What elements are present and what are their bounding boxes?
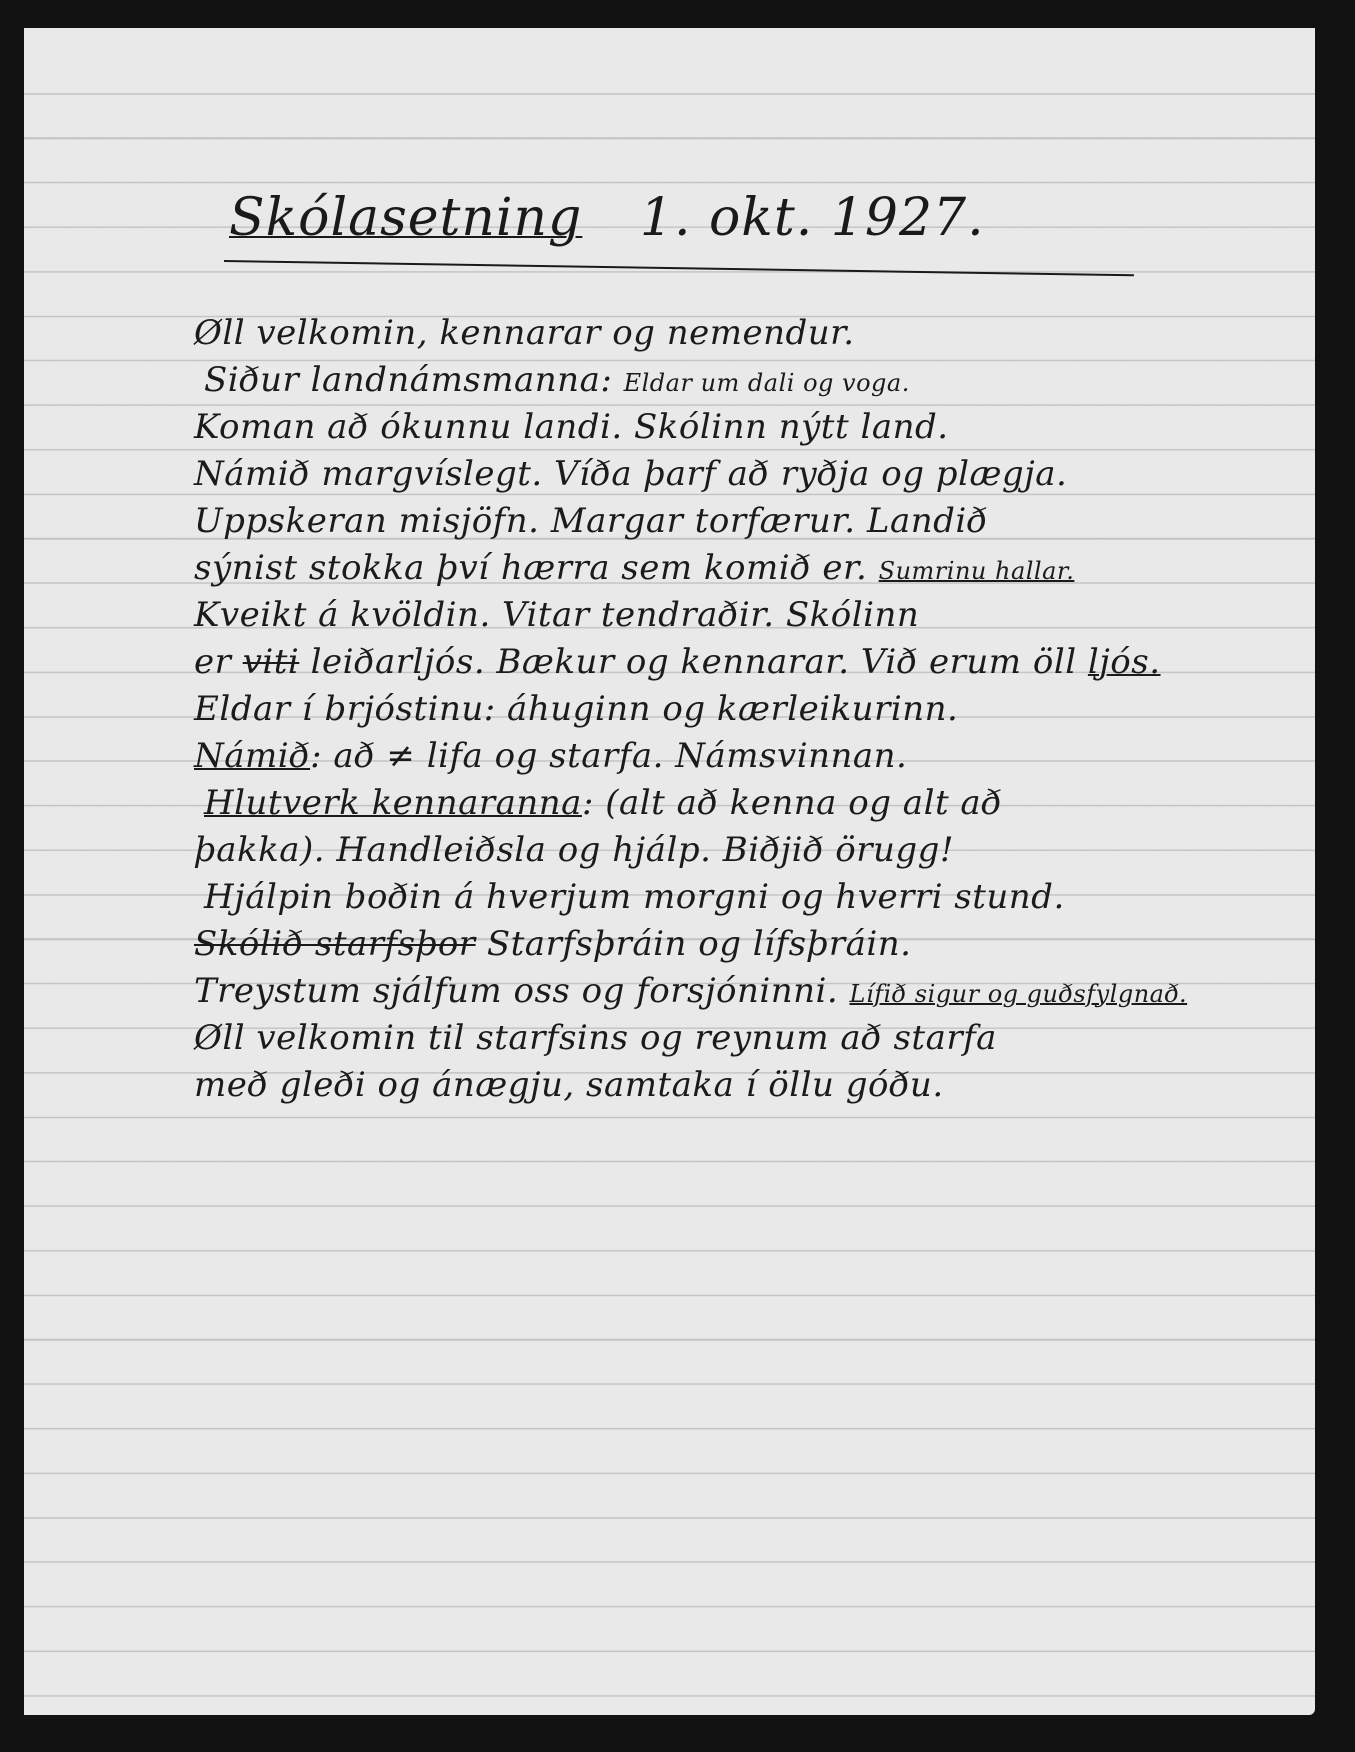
text-segment: þakka). Handleiðsla og hjálp. Biðjið öru…	[194, 830, 954, 870]
text-segment: sýnist stokka því hærra sem komið er.	[194, 548, 879, 588]
text-segment: Siður landnámsmanna:	[204, 360, 624, 400]
text-line: Námið: að ≠ lifa og starfa. Námsvinnan.	[194, 733, 1324, 780]
text-segment: Øll velkomin til starfsins og reynum að …	[194, 1018, 997, 1058]
text-line: Námið margvíslegt. Víða þarf að ryðja og…	[194, 451, 1324, 498]
text-line: Øll velkomin, kennarar og nemendur.	[194, 310, 1324, 357]
text-segment: Sumrinu hallar.	[879, 557, 1075, 585]
text-segment: Lífið sigur og guðsfylgnað.	[850, 980, 1188, 1008]
text-segment: ljós.	[1088, 642, 1161, 682]
text-segment: er	[194, 642, 243, 682]
text-line: Øll velkomin til starfsins og reynum að …	[194, 1015, 1324, 1062]
text-line: Koman að ókunnu landi. Skólinn nýtt land…	[194, 404, 1324, 451]
text-segment: Skólið starfsþor	[194, 924, 476, 964]
notebook-page: Skólasetning 1. okt. 1927. Øll velkomin,…	[24, 28, 1315, 1715]
text-line: er viti leiðarljós. Bækur og kennarar. V…	[194, 639, 1324, 686]
text-segment: Námið	[194, 736, 310, 776]
text-line: Kveikt á kvöldin. Vitar tendraðir. Skóli…	[194, 592, 1324, 639]
text-line: Skólið starfsþor Starfsþráin og lífsþrái…	[194, 921, 1324, 968]
text-segment: Treystum sjálfum oss og forsjóninni.	[194, 971, 850, 1011]
text-line: Hjálpin boðin á hverjum morgni og hverri…	[194, 874, 1324, 921]
text-segment: Koman að ókunnu landi. Skólinn nýtt land…	[194, 407, 949, 447]
title-underline	[224, 260, 1134, 276]
text-segment: Øll velkomin, kennarar og nemendur.	[194, 313, 855, 353]
text-segment: Hlutverk kennaranna	[204, 783, 582, 823]
speech-body: Øll velkomin, kennarar og nemendur.Siður…	[194, 310, 1324, 1109]
text-segment: : (alt að kenna og alt að	[582, 783, 1002, 823]
text-line: Hlutverk kennaranna: (alt að kenna og al…	[194, 780, 1324, 827]
text-segment: Hjálpin boðin á hverjum morgni og hverri…	[204, 877, 1065, 917]
text-line: Eldar í brjóstinu: áhuginn og kærleikuri…	[194, 686, 1324, 733]
text-line: sýnist stokka því hærra sem komið er. Su…	[194, 545, 1324, 592]
text-segment: Eldar um dali og voga.	[624, 369, 910, 397]
text-segment: leiðarljós. Bækur og kennarar. Við erum …	[299, 642, 1088, 682]
title-date: 1. okt. 1927.	[640, 188, 985, 248]
text-segment: Eldar í brjóstinu: áhuginn og kærleikuri…	[194, 689, 958, 729]
text-line: Siður landnámsmanna: Eldar um dali og vo…	[194, 357, 1324, 404]
text-line: Uppskeran misjöfn. Margar torfærur. Land…	[194, 498, 1324, 545]
text-line: með gleði og ánægju, samtaka í öllu góðu…	[194, 1062, 1324, 1109]
text-line: Treystum sjálfum oss og forsjóninni. Líf…	[194, 968, 1324, 1015]
text-segment: Uppskeran misjöfn. Margar torfærur. Land…	[194, 501, 988, 541]
text-segment: : að ≠ lifa og starfa. Námsvinnan.	[310, 736, 907, 776]
text-line: þakka). Handleiðsla og hjálp. Biðjið öru…	[194, 827, 1324, 874]
text-segment: með gleði og ánægju, samtaka í öllu góðu…	[194, 1065, 944, 1105]
text-segment: Kveikt á kvöldin. Vitar tendraðir. Skóli…	[194, 595, 919, 635]
document-title: Skólasetning 1. okt. 1927.	[229, 188, 985, 248]
title-text: Skólasetning	[229, 188, 582, 248]
text-segment: Námið margvíslegt. Víða þarf að ryðja og…	[194, 454, 1067, 494]
text-segment: Starfsþráin og lífsþráin.	[476, 924, 912, 964]
text-segment: viti	[243, 642, 300, 682]
